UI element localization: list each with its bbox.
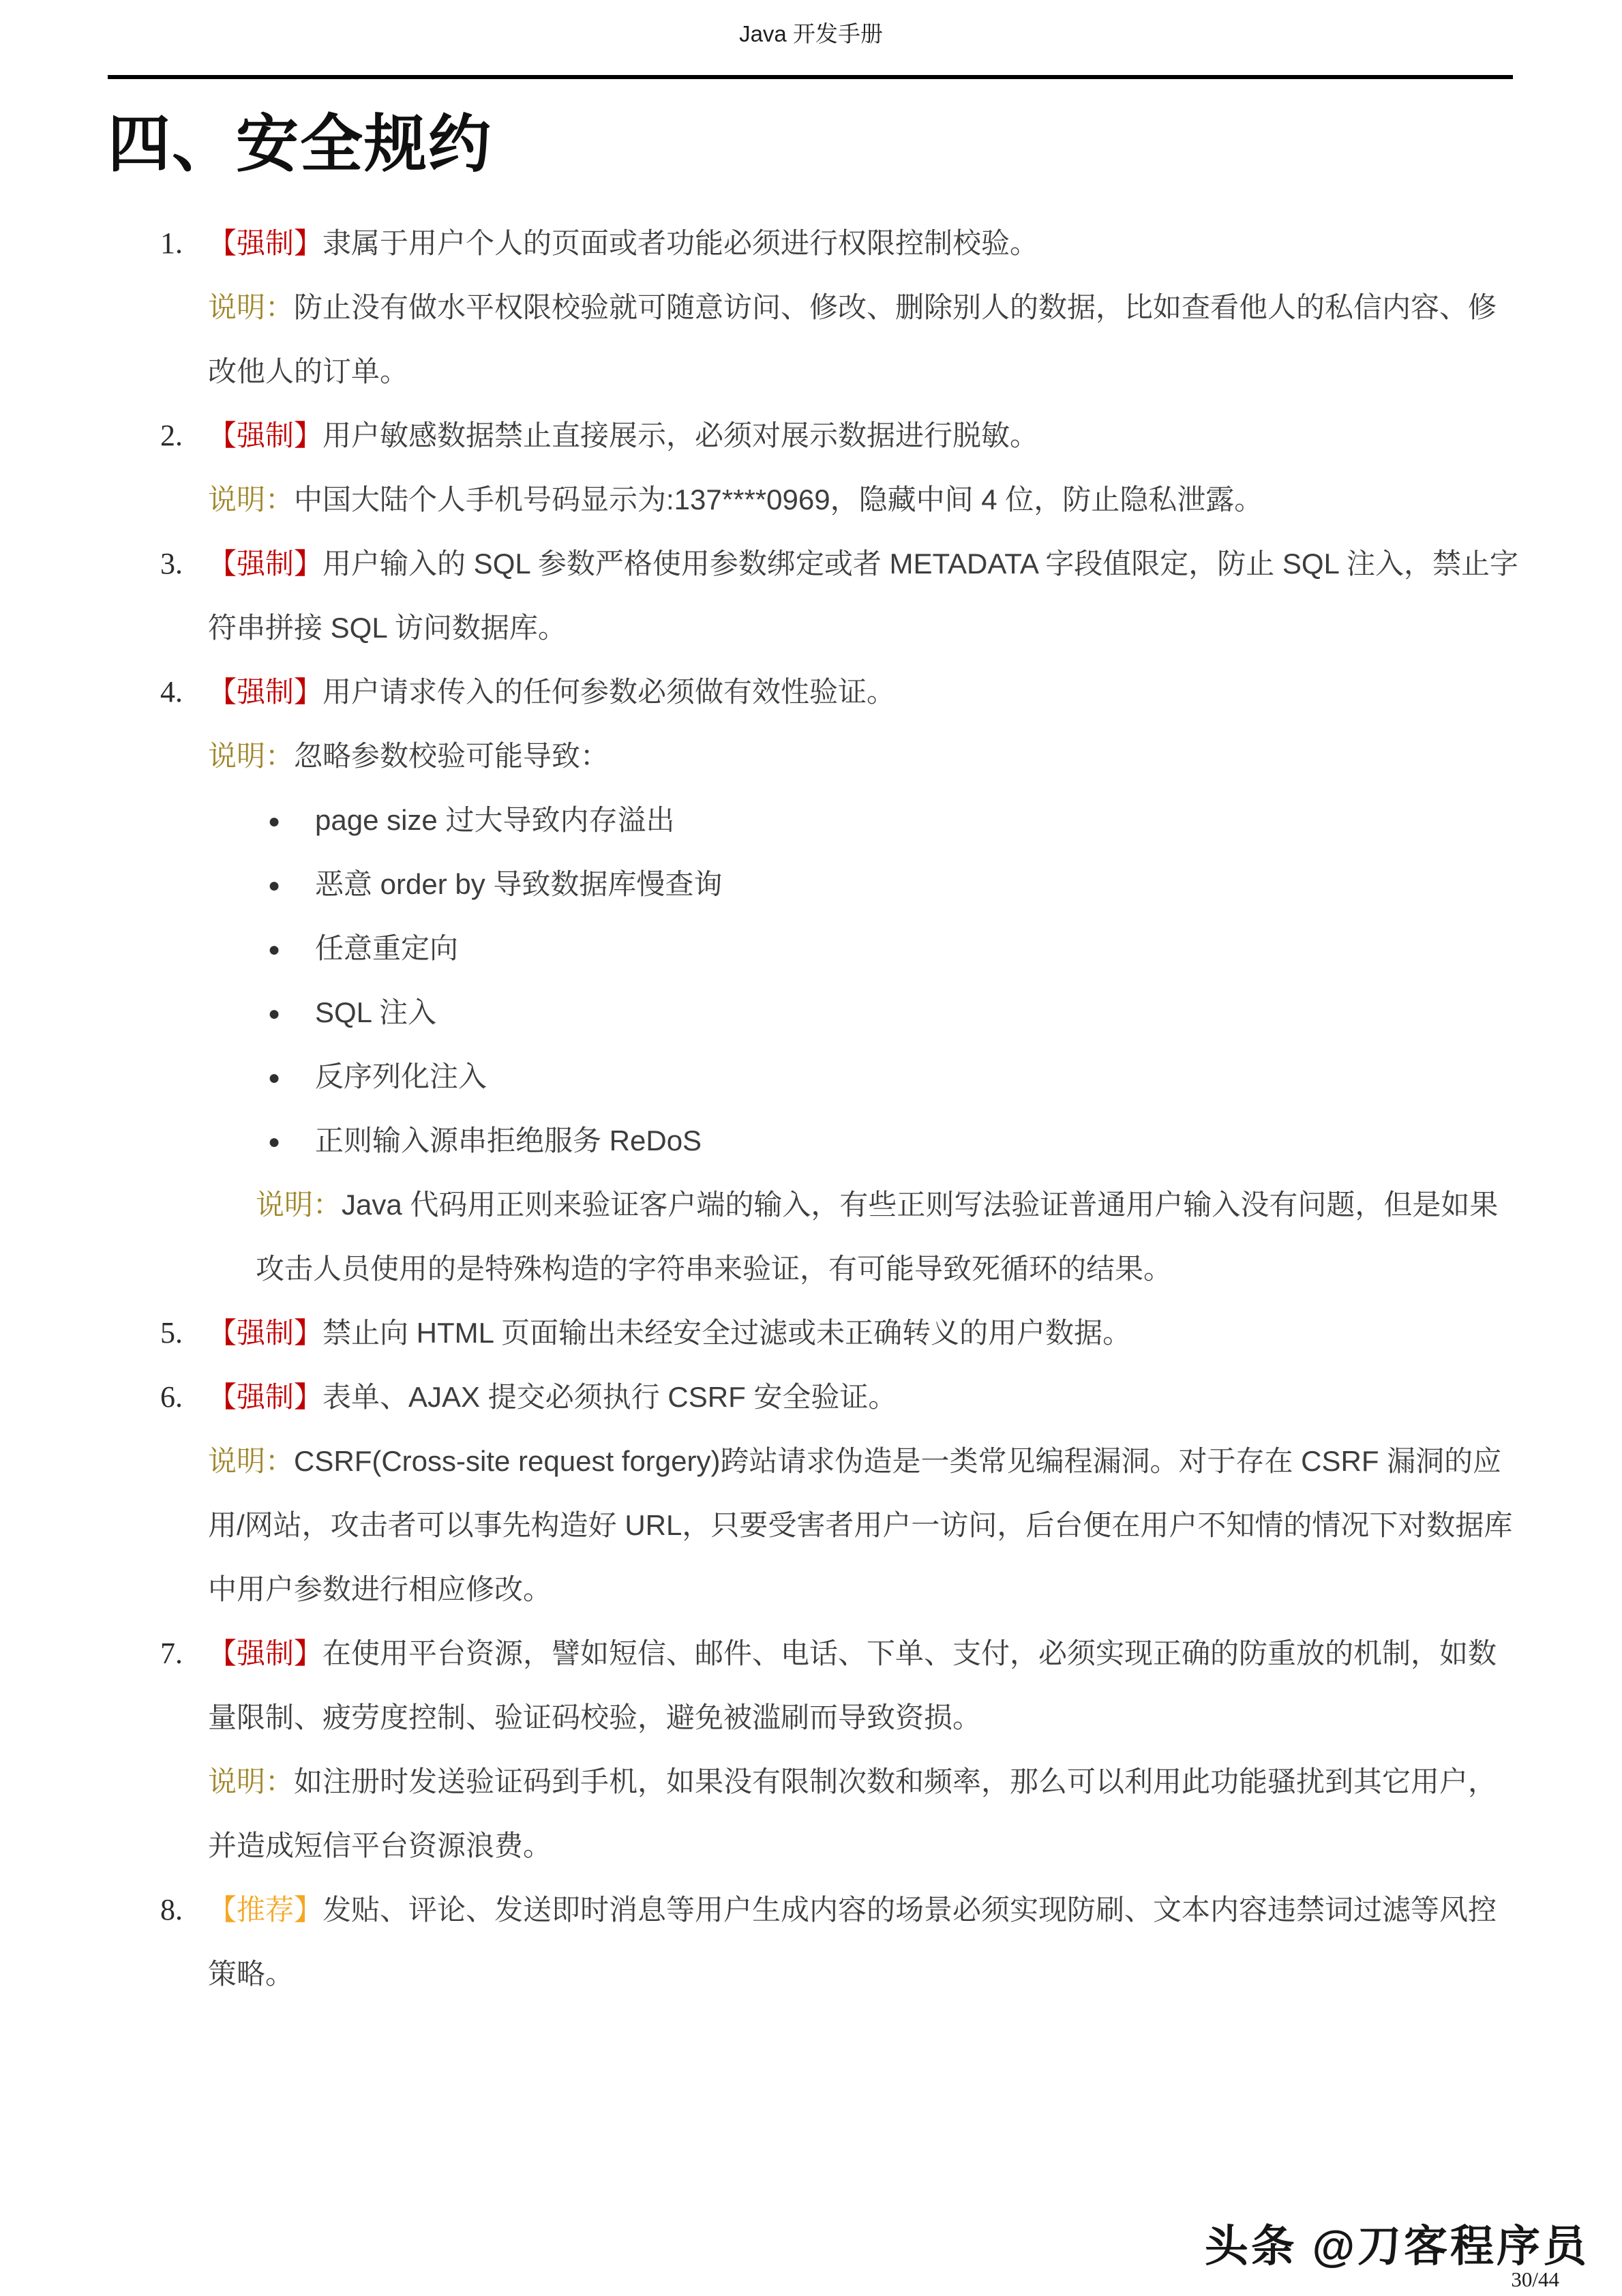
rules-list: 1. 【强制】隶属于用户个人的页面或者功能必须进行权限控制校验。 说明：防止没有…: [208, 211, 1520, 2006]
rule-body-text: 用户输入的 SQL 参数严格使用参数绑定或者 METADATA 字段值限定，防止…: [208, 548, 1518, 644]
rule-number: 5.: [160, 1301, 202, 1365]
bullet-item: ●page size 过大导致内存溢出: [208, 788, 1520, 852]
rule-text: 【强制】表单、AJAX 提交必须执行 CSRF 安全验证。: [208, 1365, 1520, 1429]
rule-text: 【推荐】发贴、评论、发送即时消息等用户生成内容的场景必须实现防刷、文本内容违禁词…: [208, 1878, 1520, 2006]
note-text: 防止没有做水平权限校验就可随意访问、修改、删除别人的数据，比如查看他人的私信内容…: [208, 291, 1497, 387]
bullet-text: SQL 注入: [315, 996, 436, 1028]
bullet-icon: ●: [268, 854, 280, 918]
rule-tag-badge: 【强制】: [208, 1317, 322, 1349]
bullet-text: page size 过大导致内存溢出: [315, 804, 674, 836]
bullet-text: 正则输入源串拒绝服务 ReDoS: [315, 1124, 702, 1157]
rule-sub-note: 说明：Java 代码用正则来验证客户端的输入，有些正则写法验证普通用户输入没有问…: [256, 1173, 1520, 1301]
page-header: Java 开发手册: [0, 0, 1622, 48]
rule-tag-badge: 【强制】: [208, 1637, 322, 1669]
rule-tag-badge: 【强制】: [208, 227, 322, 259]
rule-item: 4. 【强制】用户请求传入的任何参数必须做有效性验证。 说明：忽略参数校验可能导…: [208, 660, 1520, 1301]
rule-number: 3.: [160, 532, 202, 596]
rule-tag-badge: 【推荐】: [208, 1894, 322, 1926]
bullet-item: ●恶意 order by 导致数据库慢查询: [208, 852, 1520, 916]
bullet-icon: ●: [268, 1046, 280, 1110]
bullet-text: 恶意 order by 导致数据库慢查询: [315, 868, 722, 900]
rule-text: 【强制】用户请求传入的任何参数必须做有效性验证。: [208, 660, 1520, 724]
rule-body-text: 用户敏感数据禁止直接展示，必须对展示数据进行脱敏。: [322, 419, 1038, 451]
rule-item: 1. 【强制】隶属于用户个人的页面或者功能必须进行权限控制校验。 说明：防止没有…: [208, 211, 1520, 404]
rule-number: 4.: [160, 660, 202, 724]
bullet-icon: ●: [268, 918, 280, 982]
bullet-icon: ●: [268, 790, 280, 854]
rule-note: 说明：CSRF(Cross-site request forgery)跨站请求伪…: [208, 1429, 1520, 1622]
rule-tag-badge: 【强制】: [208, 1381, 322, 1413]
section-title: 四、安全规约: [108, 108, 1520, 181]
bullet-icon: ●: [268, 982, 280, 1046]
rule-body-text: 隶属于用户个人的页面或者功能必须进行权限控制校验。: [322, 227, 1038, 259]
note-label: 说明：: [208, 291, 294, 323]
rule-item: 8. 【推荐】发贴、评论、发送即时消息等用户生成内容的场景必须实现防刷、文本内容…: [208, 1878, 1520, 2006]
note-label: 说明：: [208, 1765, 294, 1798]
rule-body-text: 发贴、评论、发送即时消息等用户生成内容的场景必须实现防刷、文本内容违禁词过滤等风…: [208, 1894, 1497, 1990]
rule-text: 【强制】隶属于用户个人的页面或者功能必须进行权限控制校验。: [208, 211, 1520, 275]
bullet-text: 反序列化注入: [315, 1060, 487, 1092]
rule-text: 【强制】用户输入的 SQL 参数严格使用参数绑定或者 METADATA 字段值限…: [208, 532, 1520, 660]
rule-body-text: 用户请求传入的任何参数必须做有效性验证。: [322, 676, 895, 708]
rule-body-text: 表单、AJAX 提交必须执行 CSRF 安全验证。: [322, 1381, 897, 1413]
bullet-item: ●正则输入源串拒绝服务 ReDoS: [208, 1109, 1520, 1173]
watermark: 头条 @刀客程序员: [1205, 2211, 1589, 2274]
rule-tag-badge: 【强制】: [208, 419, 322, 451]
rule-item: 3. 【强制】用户输入的 SQL 参数严格使用参数绑定或者 METADATA 字…: [208, 532, 1520, 660]
sub-note-text: Java 代码用正则来验证客户端的输入，有些正则写法验证普通用户输入没有问题，但…: [256, 1189, 1498, 1285]
header-divider: [108, 75, 1513, 79]
rule-item: 5. 【强制】禁止向 HTML 页面输出未经安全过滤或未正确转义的用户数据。: [208, 1301, 1520, 1365]
bullet-text: 任意重定向: [315, 932, 458, 964]
note-label: 说明：: [208, 483, 294, 516]
note-label: 说明：: [208, 1445, 294, 1477]
rule-number: 1.: [160, 211, 202, 275]
rule-note: 说明：中国大陆个人手机号码显示为:137****0969，隐藏中间 4 位，防止…: [208, 468, 1520, 532]
rule-item: 7. 【强制】在使用平台资源，譬如短信、邮件、电话、下单、支付，必须实现正确的防…: [208, 1622, 1520, 1878]
document-page: Java 开发手册 四、安全规约 1. 【强制】隶属于用户个人的页面或者功能必须…: [0, 0, 1622, 2296]
rule-tag-badge: 【强制】: [208, 548, 322, 580]
rule-text: 【强制】在使用平台资源，譬如短信、邮件、电话、下单、支付，必须实现正确的防重放的…: [208, 1622, 1520, 1750]
rule-number: 6.: [160, 1365, 202, 1429]
rule-note: 说明：如注册时发送验证码到手机，如果没有限制次数和频率，那么可以利用此功能骚扰到…: [208, 1750, 1520, 1878]
rule-body-text: 在使用平台资源，譬如短信、邮件、电话、下单、支付，必须实现正确的防重放的机制，如…: [208, 1637, 1497, 1733]
bullet-item: ●SQL 注入: [208, 981, 1520, 1045]
rule-number: 8.: [160, 1878, 202, 1942]
rule-note: 说明：忽略参数校验可能导致：: [208, 724, 1520, 788]
note-text: 忽略参数校验可能导致：: [294, 740, 609, 772]
rule-item: 2. 【强制】用户敏感数据禁止直接展示，必须对展示数据进行脱敏。 说明：中国大陆…: [208, 404, 1520, 532]
rule-item: 6. 【强制】表单、AJAX 提交必须执行 CSRF 安全验证。 说明：CSRF…: [208, 1365, 1520, 1622]
rule-note: 说明：防止没有做水平权限校验就可随意访问、修改、删除别人的数据，比如查看他人的私…: [208, 275, 1520, 404]
rule-bullets: ●page size 过大导致内存溢出●恶意 order by 导致数据库慢查询…: [208, 788, 1520, 1173]
bullet-item: ●任意重定向: [208, 916, 1520, 981]
rule-number: 2.: [160, 404, 202, 468]
bullet-icon: ●: [268, 1110, 280, 1174]
rule-body-text: 禁止向 HTML 页面输出未经安全过滤或未正确转义的用户数据。: [322, 1317, 1131, 1349]
sub-note-label: 说明：: [256, 1189, 342, 1221]
rule-text: 【强制】用户敏感数据禁止直接展示，必须对展示数据进行脱敏。: [208, 404, 1520, 468]
document-header-title: Java 开发手册: [0, 20, 1622, 48]
rule-tag-badge: 【强制】: [208, 676, 322, 708]
bullet-item: ●反序列化注入: [208, 1045, 1520, 1109]
note-text: 如注册时发送验证码到手机，如果没有限制次数和频率，那么可以利用此功能骚扰到其它用…: [208, 1765, 1497, 1862]
rule-text: 【强制】禁止向 HTML 页面输出未经安全过滤或未正确转义的用户数据。: [208, 1301, 1520, 1365]
page-number: 30/44: [1511, 2267, 1559, 2292]
note-label: 说明：: [208, 740, 294, 772]
rule-number: 7.: [160, 1622, 202, 1686]
note-text: CSRF(Cross-site request forgery)跨站请求伪造是一…: [208, 1445, 1512, 1605]
note-text: 中国大陆个人手机号码显示为:137****0969，隐藏中间 4 位，防止隐私泄…: [294, 483, 1263, 516]
